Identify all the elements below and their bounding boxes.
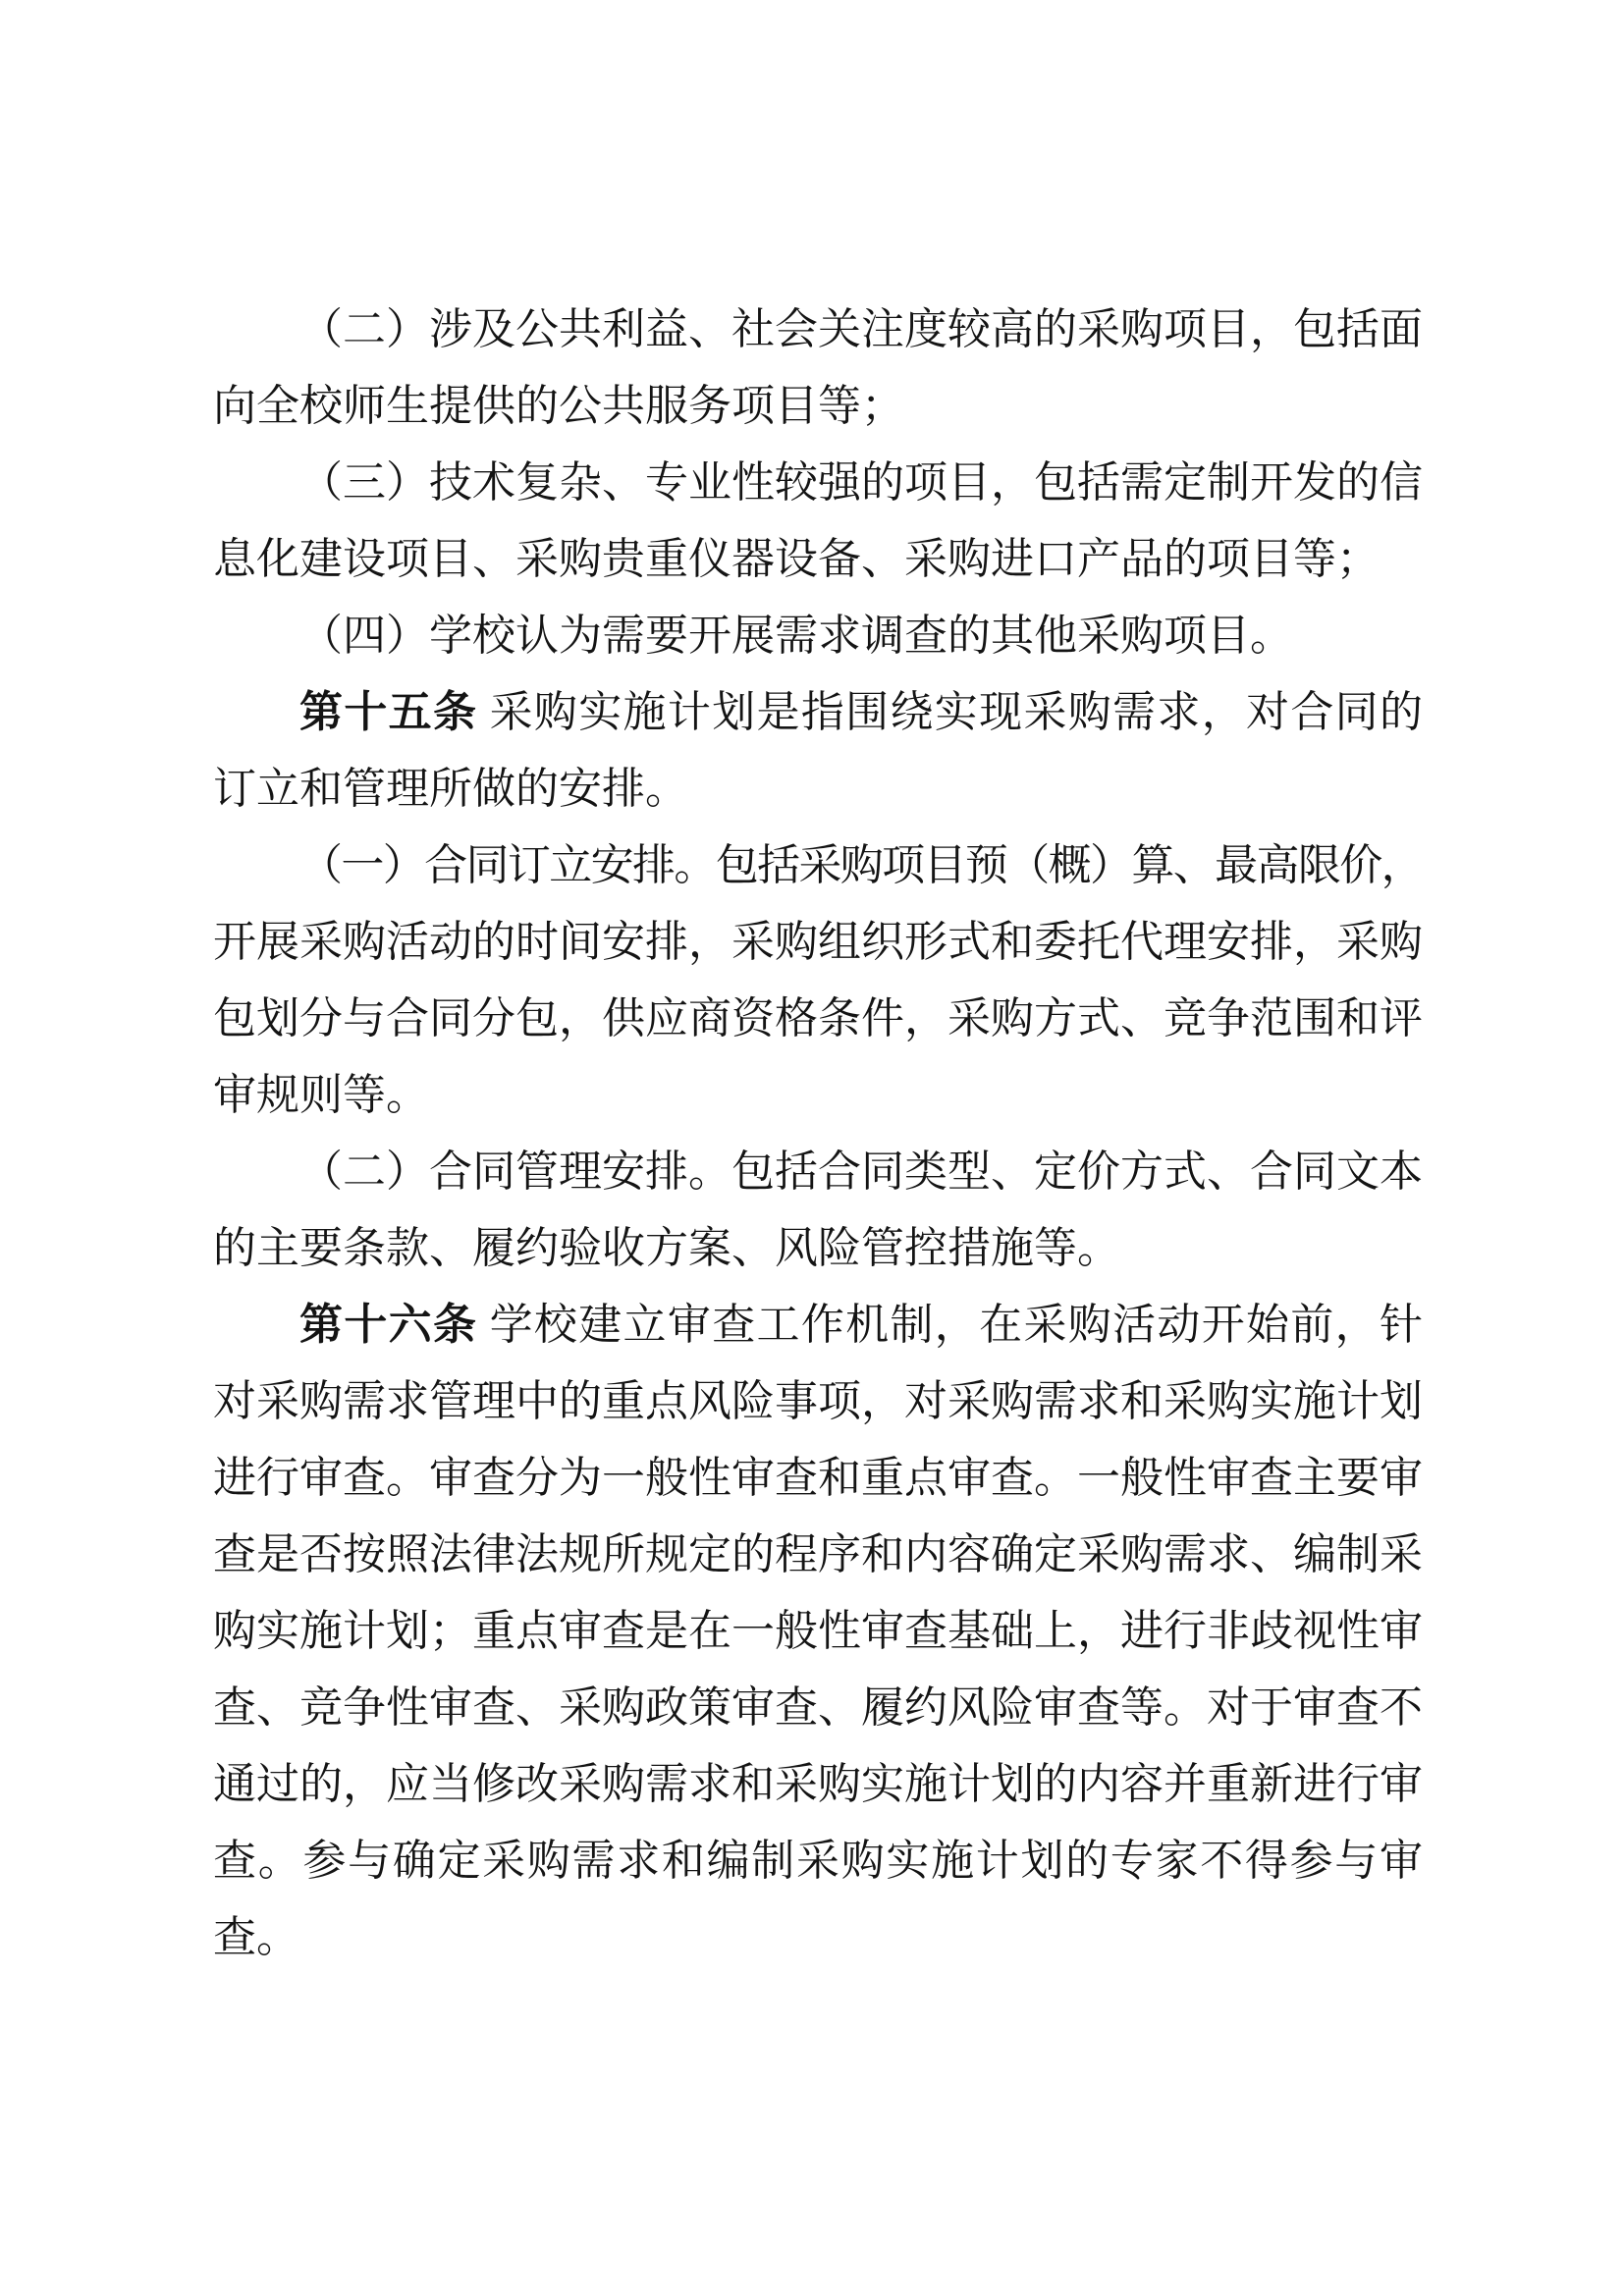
text-run: 学校建立审查工作机制，在采购活动开始前，针: [477, 1301, 1423, 1349]
paragraph: （二）涉及公共利益、社会关注度较高的采购项目，包括面向全校师生提供的公共服务项目…: [213, 292, 1423, 445]
text-line: 查是否按照法律法规所规定的程序和内容确定采购需求、编制采: [213, 1517, 1423, 1593]
text-run: 订立和管理所做的安排。: [213, 765, 688, 813]
text-run: 向全校师生提供的公共服务项目等；: [213, 382, 904, 430]
text-run: 开展采购活动的时间安排，采购组织形式和委托代理安排，采购: [213, 918, 1423, 966]
article-number-run: 第十五条: [299, 688, 477, 736]
text-line: 包划分与合同分包，供应商资格条件，采购方式、竞争范围和评: [213, 981, 1423, 1057]
text-run: 购实施计划；重点审查是在一般性审查基础上，进行非歧视性审: [213, 1607, 1423, 1655]
text-line: 查。参与确定采购需求和编制采购实施计划的专家不得参与审: [213, 1823, 1423, 1899]
text-run: 查、竞争性审查、采购政策审查、履约风险审查等。对于审查不: [213, 1683, 1423, 1732]
text-line: 开展采购活动的时间安排，采购组织形式和委托代理安排，采购: [213, 904, 1423, 981]
text-run: 查。: [213, 1913, 299, 1961]
text-line: 查。: [213, 1899, 1423, 1976]
text-run: （二）合同管理安排。包括合同类型、定价方式、合同文本: [299, 1148, 1423, 1196]
text-run: 对采购需求管理中的重点风险事项，对采购需求和采购实施计划: [213, 1377, 1423, 1425]
text-line: （三）技术复杂、专业性较强的项目，包括需定制开发的信: [213, 445, 1423, 521]
text-run: 包划分与合同分包，供应商资格条件，采购方式、竞争范围和评: [213, 994, 1423, 1042]
text-run: 查是否按照法律法规所规定的程序和内容确定采购需求、编制采: [213, 1530, 1423, 1578]
paragraph: （四）学校认为需要开展需求调查的其他采购项目。: [213, 598, 1423, 674]
paragraph: （二）合同管理安排。包括合同类型、定价方式、合同文本的主要条款、履约验收方案、风…: [213, 1134, 1423, 1287]
text-run: 进行审查。审查分为一般性审查和重点审查。一般性审查主要审: [213, 1454, 1423, 1502]
paragraph: （一）合同订立安排。包括采购项目预（概）算、最高限价，开展采购活动的时间安排，采…: [213, 828, 1423, 1134]
text-line: 查、竞争性审查、采购政策审查、履约风险审查等。对于审查不: [213, 1670, 1423, 1746]
text-line: 对采购需求管理中的重点风险事项，对采购需求和采购实施计划: [213, 1363, 1423, 1440]
document-page: （二）涉及公共利益、社会关注度较高的采购项目，包括面向全校师生提供的公共服务项目…: [0, 0, 1624, 2296]
text-run: 审规则等。: [213, 1071, 429, 1119]
text-line: （二）涉及公共利益、社会关注度较高的采购项目，包括面: [213, 292, 1423, 368]
text-line: 进行审查。审查分为一般性审查和重点审查。一般性审查主要审: [213, 1440, 1423, 1517]
text-line: 订立和管理所做的安排。: [213, 751, 1423, 828]
text-line: （四）学校认为需要开展需求调查的其他采购项目。: [213, 598, 1423, 674]
text-run: 查。参与确定采购需求和编制采购实施计划的专家不得参与审: [213, 1837, 1423, 1885]
text-run: （四）学校认为需要开展需求调查的其他采购项目。: [299, 612, 1293, 660]
text-run: 的主要条款、履约验收方案、风险管控措施等。: [213, 1224, 1120, 1272]
text-line: 审规则等。: [213, 1057, 1423, 1134]
text-line: 息化建设项目、采购贵重仪器设备、采购进口产品的项目等；: [213, 521, 1423, 598]
text-line: 向全校师生提供的公共服务项目等；: [213, 368, 1423, 445]
text-run: 息化建设项目、采购贵重仪器设备、采购进口产品的项目等；: [213, 535, 1380, 583]
text-line: （二）合同管理安排。包括合同类型、定价方式、合同文本: [213, 1134, 1423, 1210]
text-line: 第十六条 学校建立审查工作机制，在采购活动开始前，针: [213, 1287, 1423, 1363]
text-line: 购实施计划；重点审查是在一般性审查基础上，进行非歧视性审: [213, 1593, 1423, 1670]
article-number-run: 第十六条: [299, 1301, 477, 1349]
text-line: 第十五条 采购实施计划是指围绕实现采购需求，对合同的: [213, 674, 1423, 751]
text-run: 采购实施计划是指围绕实现采购需求，对合同的: [477, 688, 1423, 736]
text-run: （二）涉及公共利益、社会关注度较高的采购项目，包括面: [299, 305, 1423, 353]
text-run: （三）技术复杂、专业性较强的项目，包括需定制开发的信: [299, 458, 1423, 507]
text-block: （二）涉及公共利益、社会关注度较高的采购项目，包括面向全校师生提供的公共服务项目…: [213, 292, 1423, 1976]
text-line: （一）合同订立安排。包括采购项目预（概）算、最高限价，: [213, 828, 1423, 904]
text-line: 通过的，应当修改采购需求和采购实施计划的内容并重新进行审: [213, 1746, 1423, 1823]
text-run: 通过的，应当修改采购需求和采购实施计划的内容并重新进行审: [213, 1760, 1423, 1808]
paragraph: 第十五条 采购实施计划是指围绕实现采购需求，对合同的订立和管理所做的安排。: [213, 674, 1423, 828]
text-run: （一）合同订立安排。包括采购项目预（概）算、最高限价，: [299, 841, 1423, 889]
paragraph: 第十六条 学校建立审查工作机制，在采购活动开始前，针对采购需求管理中的重点风险事…: [213, 1287, 1423, 1976]
paragraph: （三）技术复杂、专业性较强的项目，包括需定制开发的信息化建设项目、采购贵重仪器设…: [213, 445, 1423, 598]
text-line: 的主要条款、履约验收方案、风险管控措施等。: [213, 1210, 1423, 1287]
